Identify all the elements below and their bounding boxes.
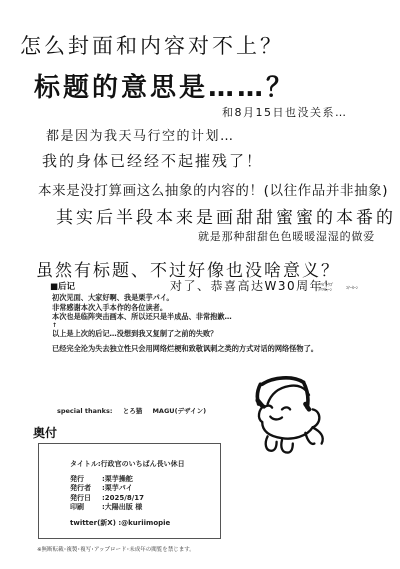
mascot-with-headphones-illustration bbox=[246, 368, 336, 458]
handwritten-line-second-half: 其实后半段本来是画甜甜蜜蜜的本番的 bbox=[56, 203, 396, 228]
afterword-line: 初次见面、大家好啊、我是栗芋パイ。 bbox=[52, 293, 318, 303]
row-key: 発行日 bbox=[70, 494, 102, 503]
special-thanks: special thanks: とろ猫 MAGU(デザイン) bbox=[57, 406, 214, 415]
afterword-line: 本次也是临阵突击画本、所以还只是半成品、非常抱歉… bbox=[52, 312, 318, 322]
afterword-closing: 已经完全沦为失去独立性只会用网络烂梗和致敬讽刺之类的方式对话的网络怪物了。 bbox=[52, 344, 318, 354]
colophon-title: 奥付 bbox=[33, 424, 57, 441]
afterword-reflection: 以上是上次的后记…没想到我又复制了之前的失败？ bbox=[52, 329, 318, 339]
colophon-book-title: タイトル:行政官のいちばん長い休日 bbox=[70, 459, 185, 469]
row-value: :栗芋操舵 bbox=[102, 475, 133, 484]
book-title-value: 行政官のいちばん長い休日 bbox=[101, 460, 185, 468]
handwritten-line-abstract: 本来是没打算画这么抽象的内容的！(以往作品并非抽象) bbox=[38, 179, 388, 199]
handwritten-line-note: 就是那种甜甜色色暖暖湿湿的做爱 bbox=[198, 228, 375, 244]
special-thanks-label: special thanks: bbox=[57, 407, 112, 415]
signature-a: ｱﾘｶﾞﾄｳｽﾞ ﾒﾘﾂｶｬｰﾝ bbox=[318, 282, 334, 292]
row-value: :大陽出版 様 bbox=[102, 503, 142, 512]
colophon-row-issuer: 発行者 :栗芋パイ bbox=[70, 484, 144, 493]
colophon-row-publisher: 発行 :栗芋操舵 bbox=[70, 475, 144, 484]
book-title-label: タイトル: bbox=[70, 460, 101, 468]
signature-b: ｺﾅｰｶｰﾝ bbox=[346, 285, 358, 291]
afterword-body: 初次见面、大家好啊、我是栗芋パイ。 非常感谢本次入手本作的各位读者。 本次也是临… bbox=[52, 293, 318, 354]
up-arrow-icon: ↑ bbox=[52, 322, 318, 329]
colophon-twitter: twitter(新X) :@kuriimopie bbox=[70, 518, 170, 528]
row-value: :2025/8/17 bbox=[102, 494, 144, 503]
handwritten-line-title-meaning: 标题的意思是……？ bbox=[34, 67, 295, 104]
row-key: 印刷 bbox=[70, 503, 102, 512]
row-key: 発行 bbox=[70, 475, 102, 484]
handwritten-line-plan: 都是因为我天马行空的计划… bbox=[46, 125, 235, 144]
handwritten-line-anniversary: 对了、恭喜高达W30周年！ bbox=[170, 277, 337, 294]
row-value: :栗芋パイ bbox=[102, 484, 133, 493]
afterword-line: 非常感谢本次入手本作的各位读者。 bbox=[52, 303, 318, 313]
handwritten-line-cover-mismatch: 怎么封面和内容对不上？ bbox=[20, 30, 284, 60]
colophon-row-printer: 印刷 :大陽出版 様 bbox=[70, 503, 144, 512]
colophon-row-date: 発行日 :2025/8/17 bbox=[70, 494, 144, 503]
afterword-title: ■后记 bbox=[50, 280, 75, 292]
copyright-notice: ※無断転載･複製･複写･アップロード･未成年の閲覧を禁じます。 bbox=[37, 545, 195, 553]
colophon-rows: 発行 :栗芋操舵 発行者 :栗芋パイ 発行日 :2025/8/17 印刷 :大陽… bbox=[70, 475, 144, 513]
special-thanks-name: とろ猫 bbox=[123, 407, 143, 415]
handwritten-line-date-note: 和8月15日也没关系… bbox=[222, 104, 348, 120]
signature-a-line2: ﾒﾘﾂｶｬｰﾝ bbox=[318, 287, 334, 292]
special-thanks-name: MAGU(デザイン) bbox=[152, 407, 206, 415]
row-key: 発行者 bbox=[70, 484, 102, 493]
handwritten-line-body: 我的身体已经经不起摧残了！ bbox=[42, 150, 263, 171]
